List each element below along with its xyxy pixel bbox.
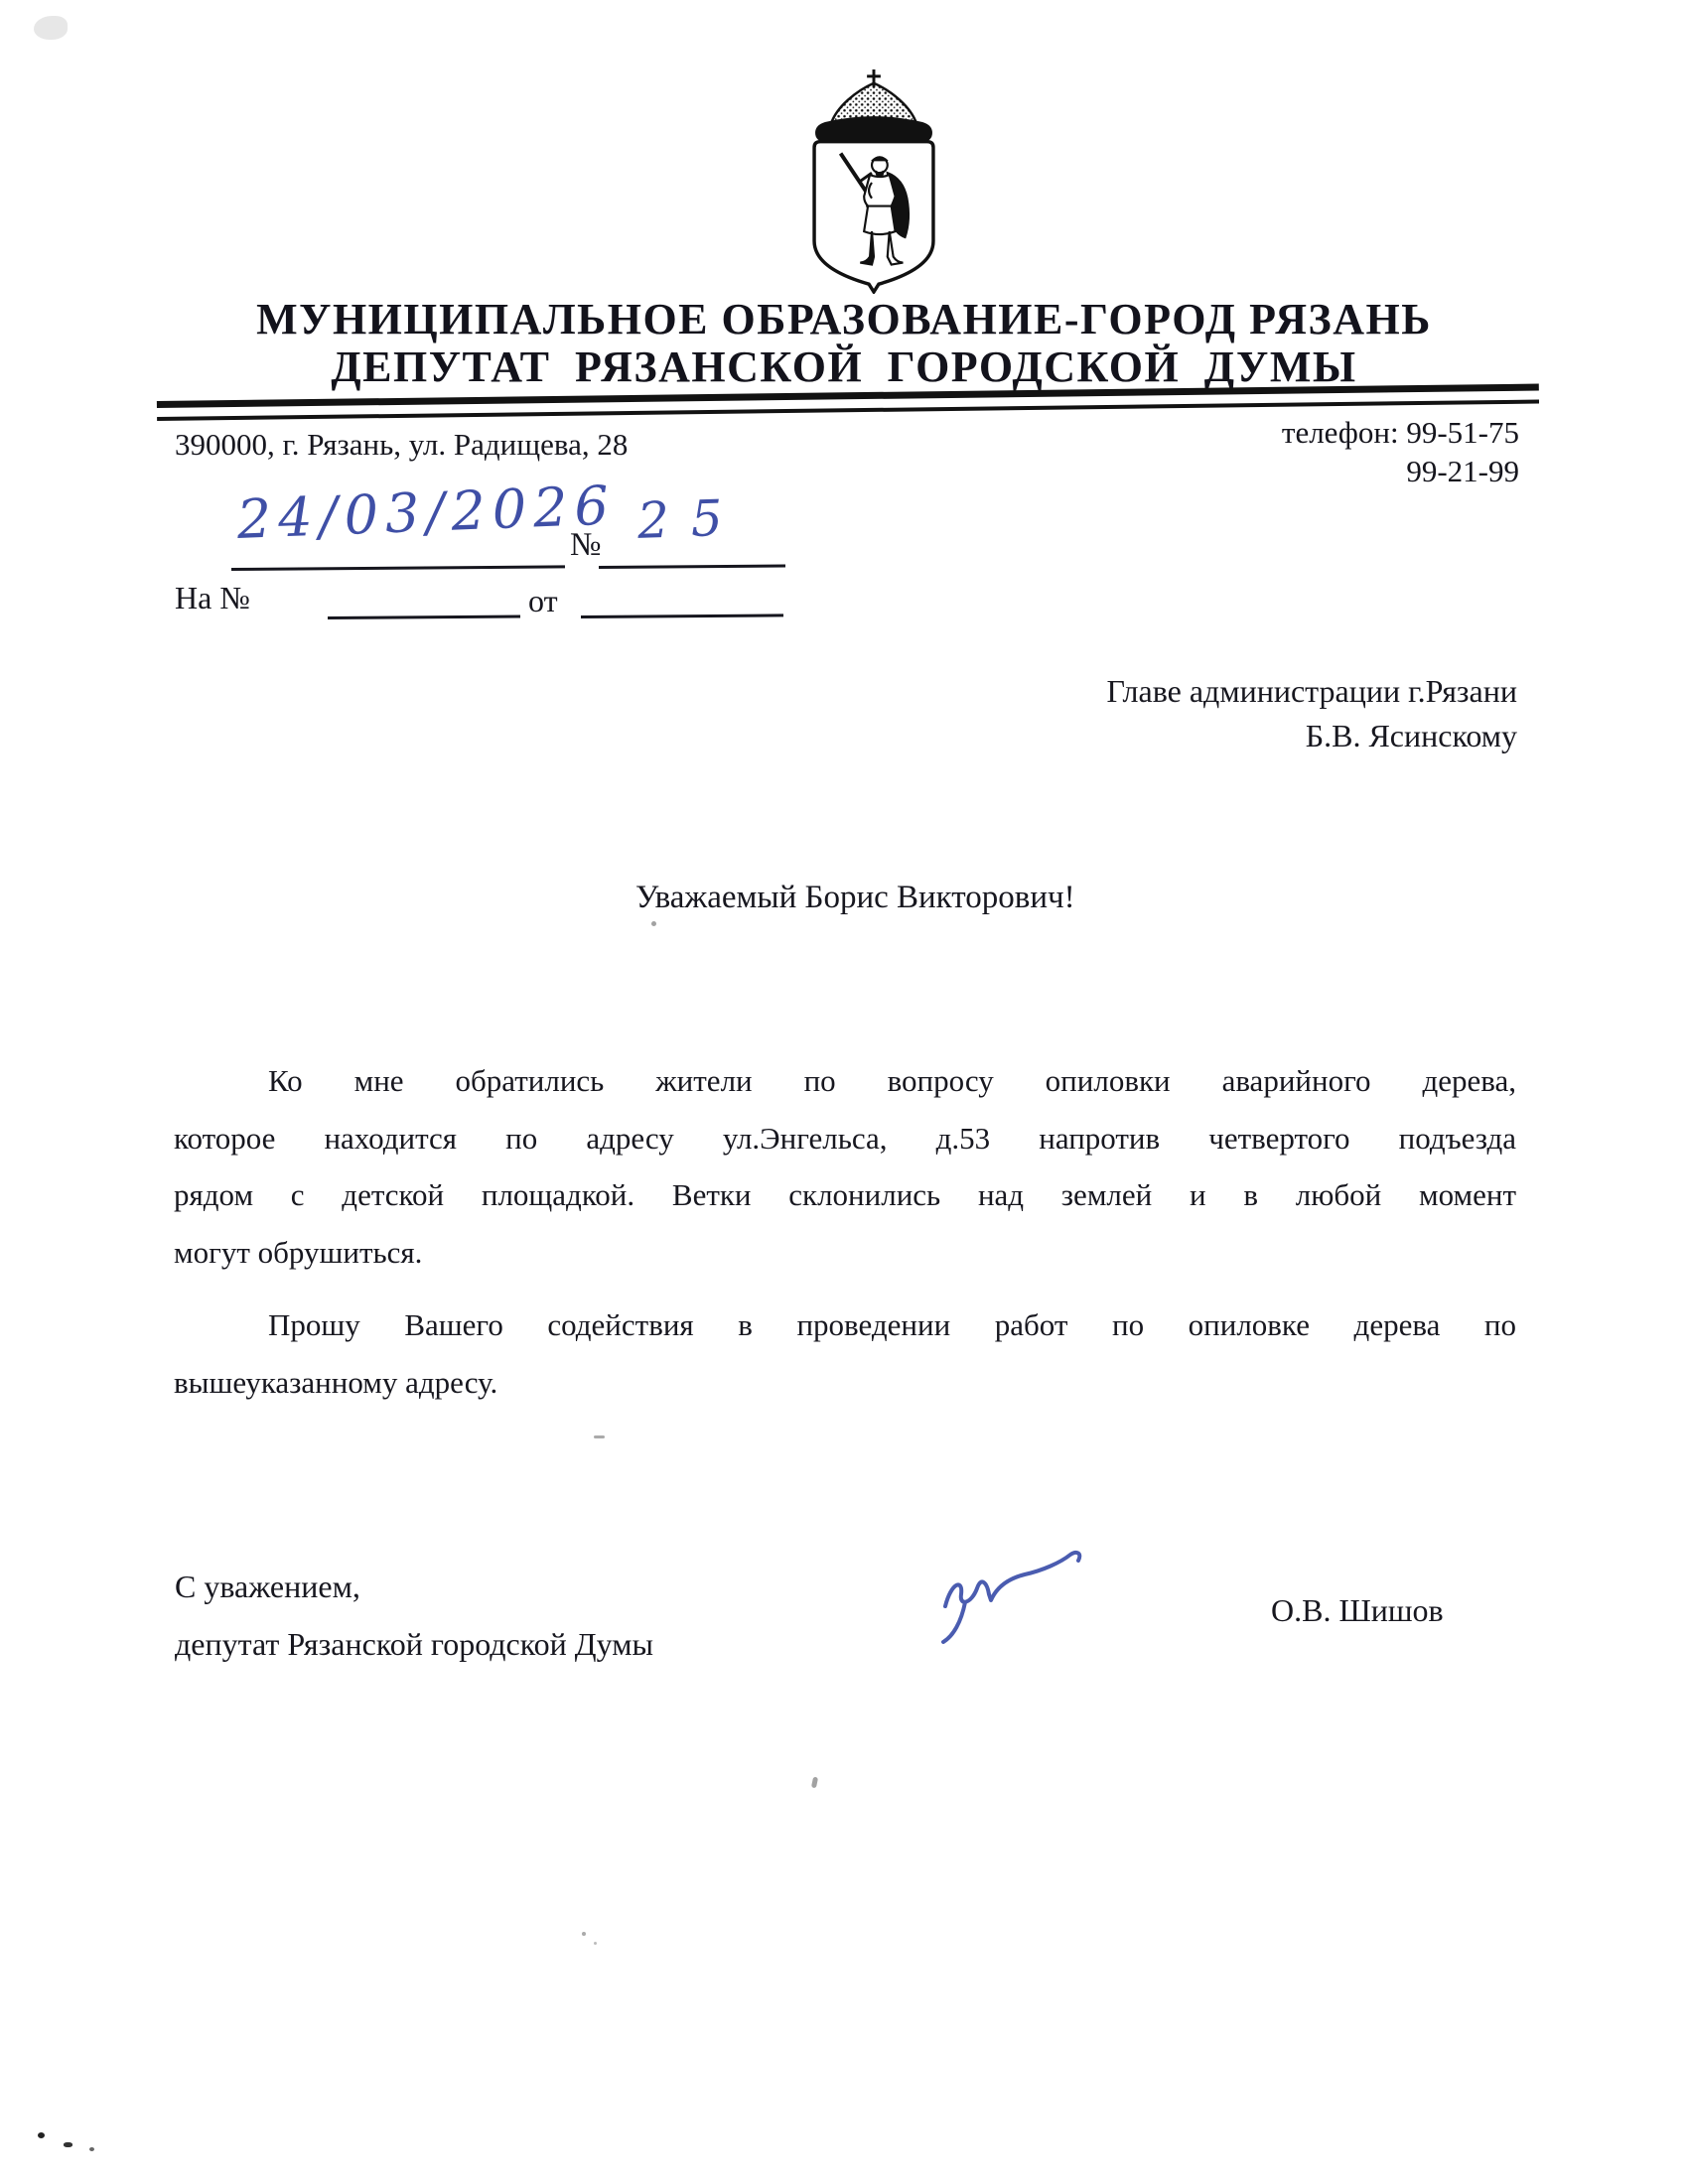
scan-speck [38,2132,45,2138]
addressee-line2: Б.В. Ясинскому [1106,714,1517,758]
paragraph1-line: могут обрушиться. [174,1224,1516,1282]
from-label: от [528,583,558,619]
handwritten-signature-icon [931,1537,1100,1656]
number-underline [599,565,785,569]
number-sign: № [570,527,602,564]
signer-position: депутат Рязанской городской Думы [175,1626,653,1663]
org-name-line2: ДЕПУТАТ РЯЗАНСКОЙ ГОРОДСКОЙ ДУМЫ [0,343,1688,390]
reply-number-underline [328,614,520,618]
body-paragraph-1: Ко мне обратились жители по вопросу опил… [174,1052,1516,1281]
ryazan-coat-of-arms-icon [806,68,941,294]
from-date-underline [581,614,783,617]
paragraph1-line: рядом с детской площадкой. Ветки склонил… [174,1166,1516,1224]
org-name-line1: МУНИЦИПАЛЬНОЕ ОБРАЗОВАНИЕ-ГОРОД РЯЗАНЬ [0,296,1688,343]
reply-to-label: На № [175,580,250,616]
addressee-block: Главе администрации г.Рязани Б.В. Ясинск… [1106,669,1517,758]
scan-speck [811,1777,818,1789]
org-address: 390000, г. Рязань, ул. Радищева, 28 [175,427,628,463]
paragraph2-line: Прошу Вашего содействия в проведении раб… [174,1297,1516,1354]
letterhead-title: МУНИЦИПАЛЬНОЕ ОБРАЗОВАНИЕ-ГОРОД РЯЗАНЬ Д… [0,296,1688,390]
scan-speck [34,16,68,40]
org-phones: телефон: 99-51-75 99-21-99 [1282,413,1519,490]
salutation: Уважаемый Борис Викторович! [635,880,1075,916]
phone-line1: телефон: 99-51-75 [1282,413,1519,452]
closing-phrase: С уважением, [175,1569,360,1605]
body-paragraph-2: Прошу Вашего содействия в проведении раб… [174,1297,1516,1411]
paragraph1-line: Ко мне обратились жители по вопросу опил… [174,1052,1516,1110]
handwritten-date: 24/03/2026 [236,474,617,551]
signer-name: О.В. Шишов [1271,1592,1444,1629]
addressee-line1: Главе администрации г.Рязани [1106,669,1517,714]
handwritten-number: 25 [636,488,746,550]
scan-speck [582,1932,586,1936]
paragraph2-line: вышеуказанному адресу. [174,1354,1516,1412]
scan-speck [64,2142,72,2147]
scan-speck [651,921,656,926]
scan-speck [594,1435,605,1438]
phone-line2: 99-21-99 [1282,452,1519,490]
scan-speck [594,1942,597,1945]
date-underline [231,565,565,570]
paragraph1-line: которое находится по адресу ул.Энгельса,… [174,1110,1516,1167]
scan-speck [89,2147,94,2151]
scanned-letter-page: МУНИЦИПАЛЬНОЕ ОБРАЗОВАНИЕ-ГОРОД РЯЗАНЬ Д… [0,0,1688,2184]
